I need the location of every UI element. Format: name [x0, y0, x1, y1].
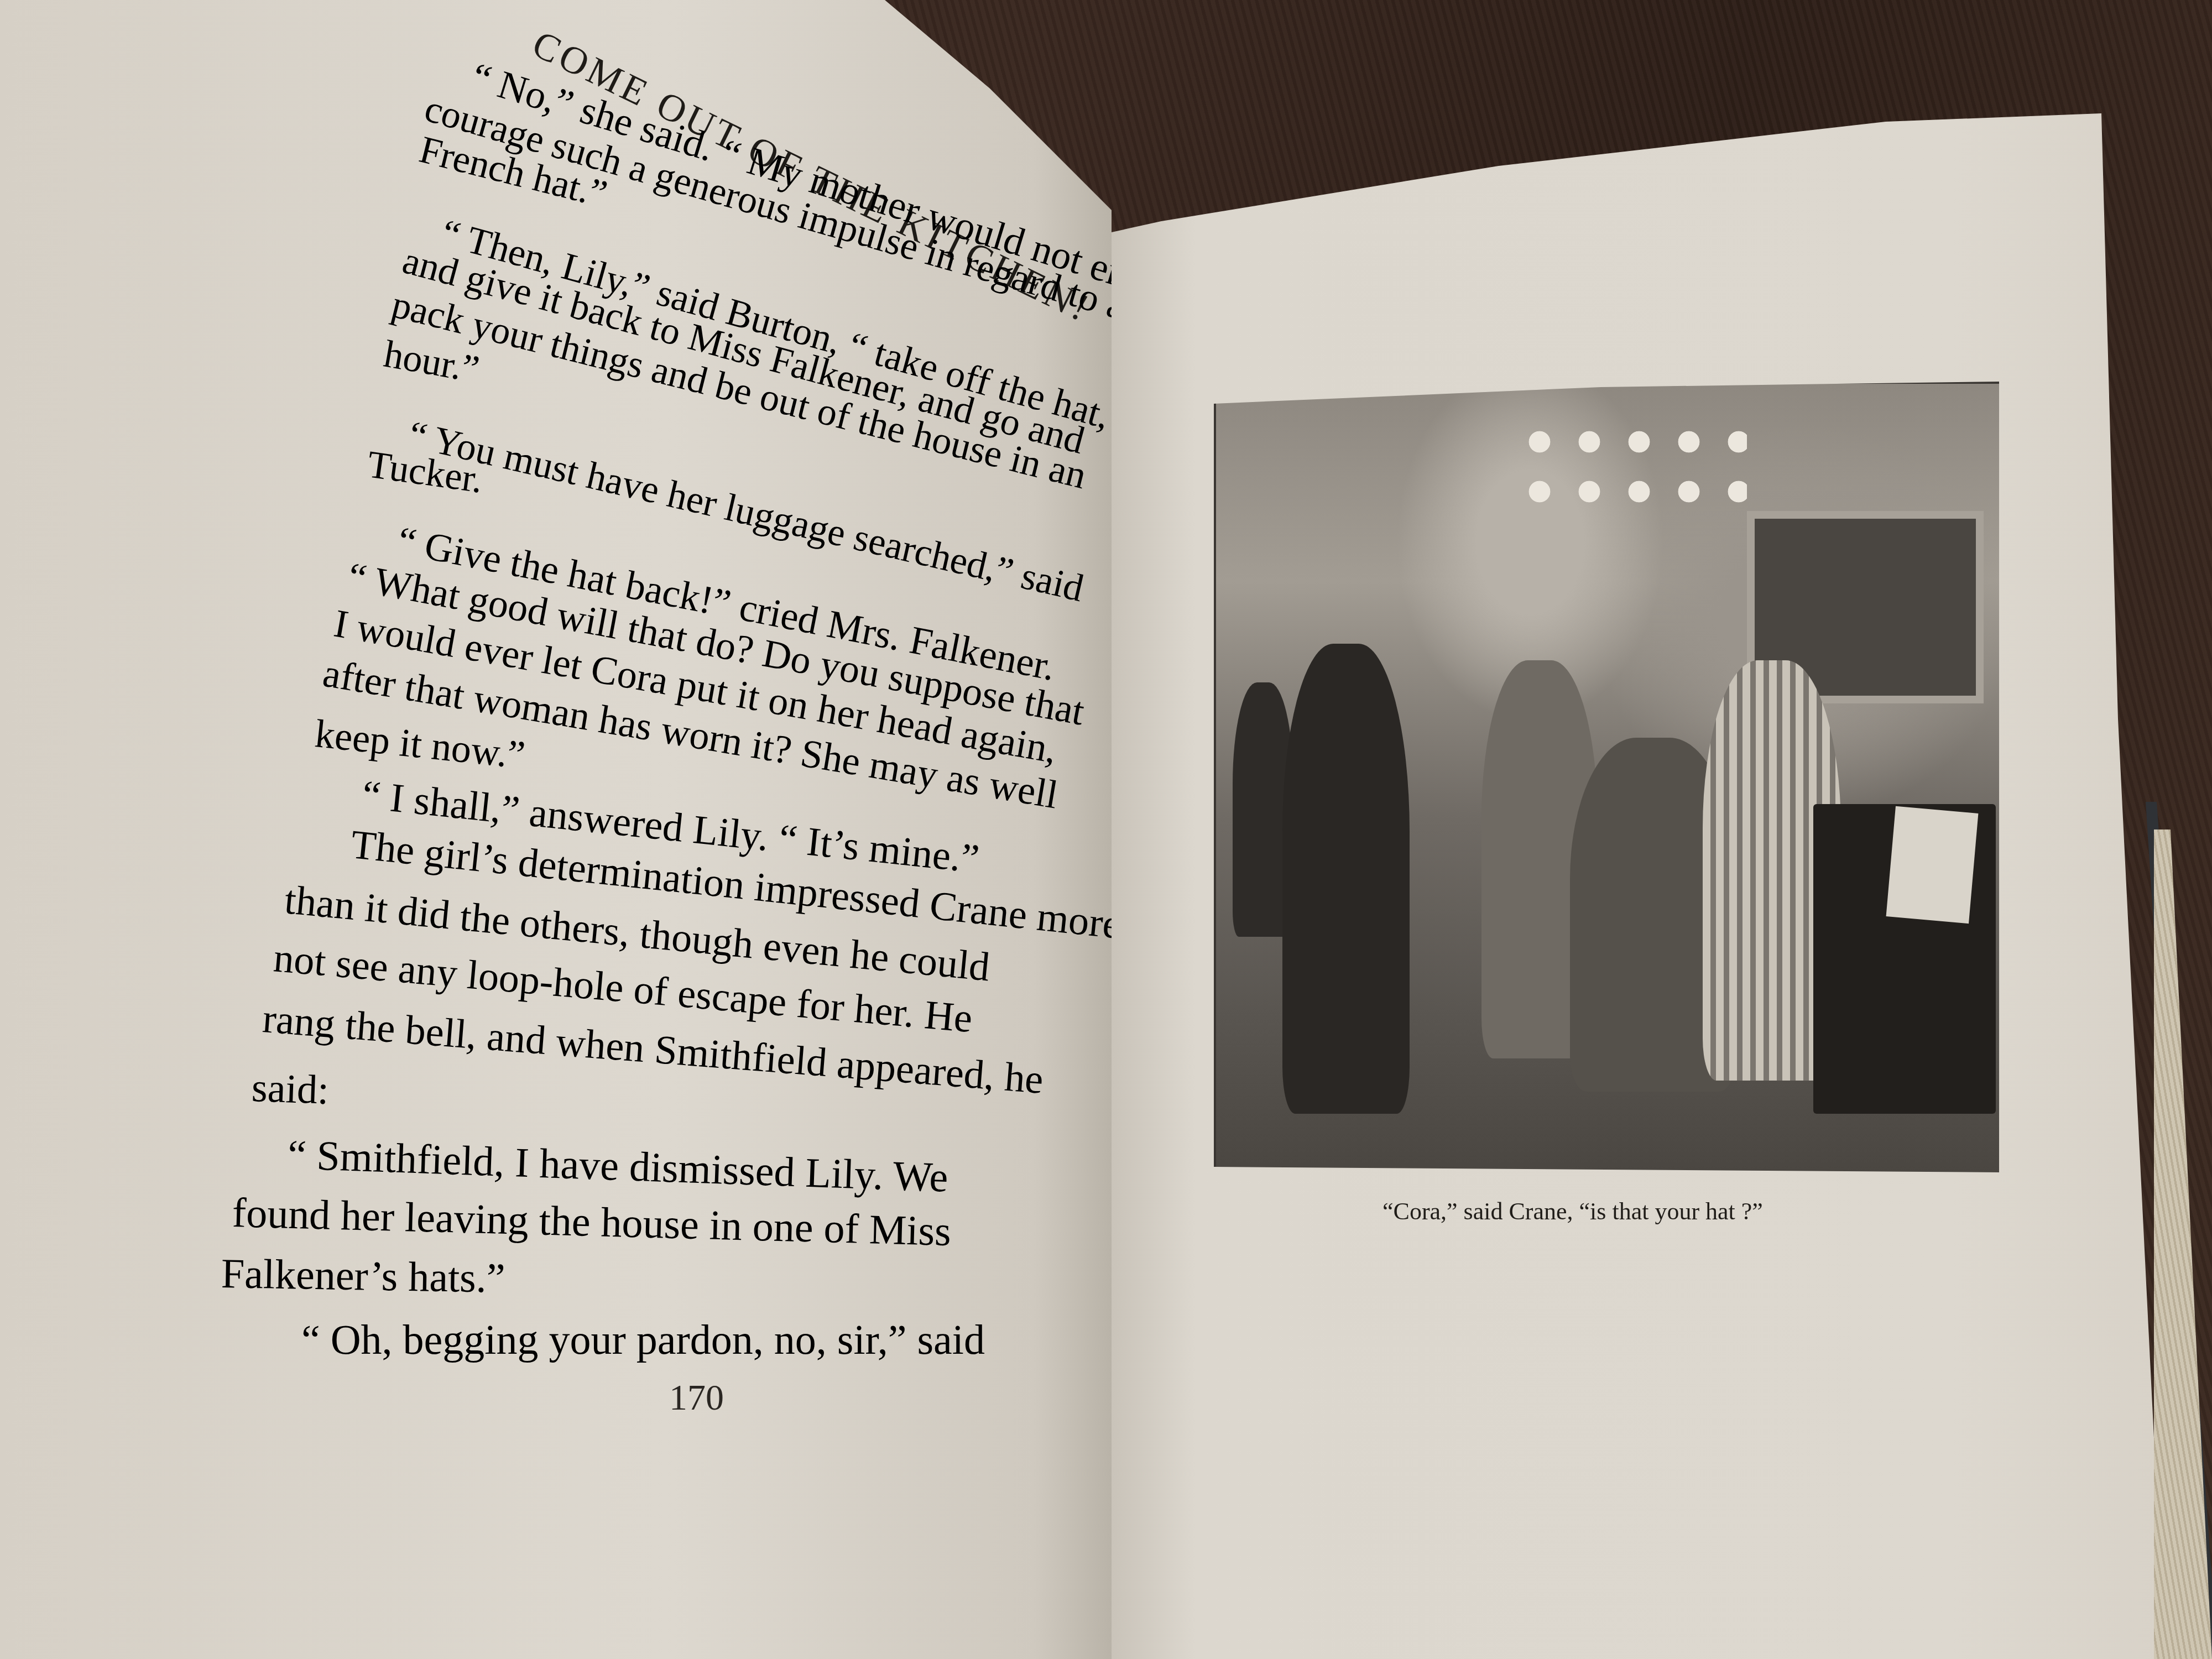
text-line: said: [251, 1065, 330, 1114]
sheet-music [1886, 806, 1979, 924]
figure-crane [1282, 644, 1410, 1114]
text-line: Falkener’s hats.” [221, 1250, 505, 1303]
chandelier-icon [1515, 417, 1747, 528]
illustration-caption: “Cora,” said Crane, “is that your hat ?” [1383, 1197, 1763, 1225]
page-number: 170 [669, 1377, 724, 1419]
text-line: “ Oh, begging your pardon, no, sir,” sai… [301, 1316, 985, 1364]
illustration-plate [1214, 382, 2004, 1177]
